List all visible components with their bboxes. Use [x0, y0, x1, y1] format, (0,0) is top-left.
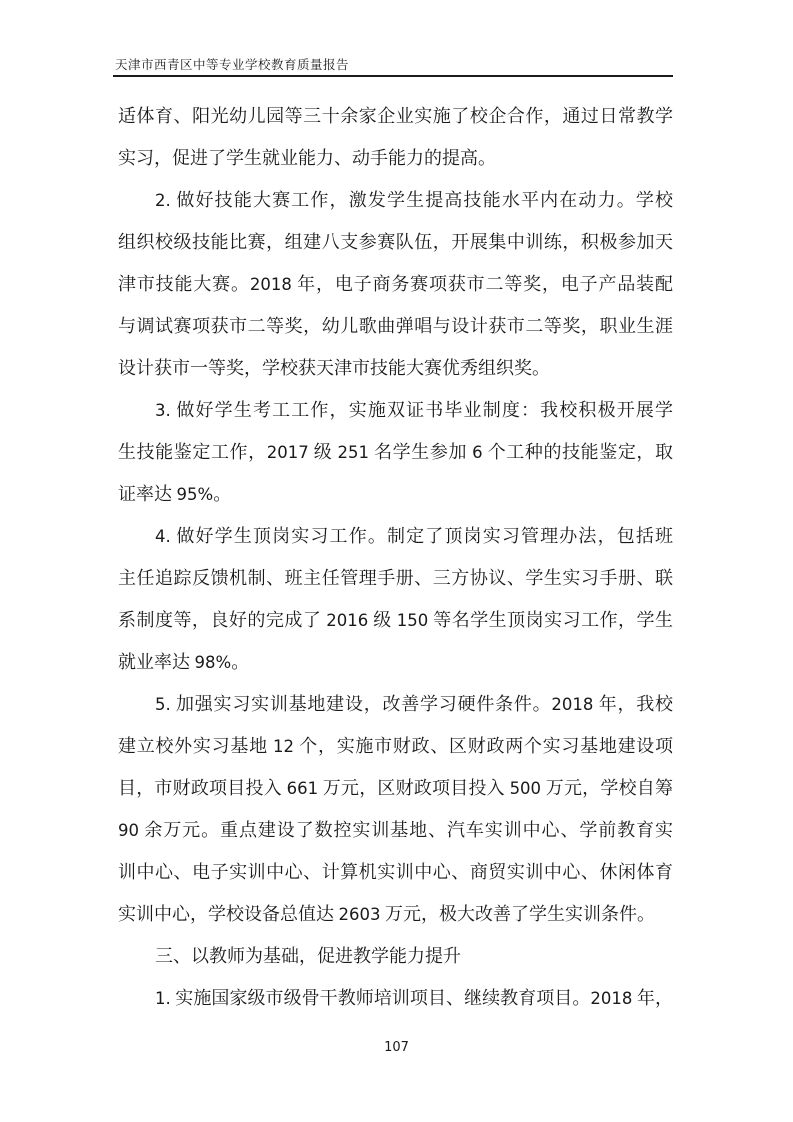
text-run: 主任追踪反馈机制、班主任管理手册、三方协议、学生实习手册、联: [118, 568, 673, 588]
text-run: 个工种的技能鉴定，取: [483, 442, 673, 462]
number-run: 4.: [155, 527, 171, 546]
number-run: 2018: [551, 695, 593, 714]
number-run: 2017: [267, 443, 309, 462]
text-line: 目，市财政项目投入 661 万元，区财政项目投入 500 万元，学校自筹: [118, 767, 673, 809]
text-run: 做好学生考工工作，实施双证书毕业制度：我校积极开展学: [171, 400, 673, 420]
number-run: 1.: [155, 989, 171, 1008]
text-line: 设计获市一等奖，学校获天津市技能大赛优秀组织奖。: [118, 347, 673, 389]
text-run: 年，: [632, 988, 673, 1008]
text-run: 。: [231, 652, 249, 672]
text-run: 生技能鉴定工作，: [118, 442, 267, 462]
text-run: 等名学生顶岗实习工作，学生: [428, 610, 673, 630]
text-run: 级: [309, 442, 338, 462]
text-run: 。: [213, 484, 231, 504]
text-run: 万元，极大改善了学生实训条件。: [381, 904, 656, 924]
text-run: 就业率达: [118, 652, 195, 672]
page-number: 107: [0, 1040, 793, 1055]
text-line: 就业率达 98%。: [118, 641, 673, 683]
number-run: 2.: [155, 191, 171, 210]
text-run: 年，电子商务赛项获市二等奖，电子产品装配: [292, 274, 673, 294]
text-line: 生技能鉴定工作，2017 级 251 名学生参加 6 个工种的技能鉴定，取: [118, 431, 673, 473]
number-run: 3.: [155, 401, 171, 420]
text-line: 主任追踪反馈机制、班主任管理手册、三方协议、学生实习手册、联: [118, 557, 673, 599]
section-heading: 三、以教师为基础，促进教学能力提升: [118, 935, 673, 977]
text-run: 加强实习实训基地建设，改善学习硬件条件。: [171, 694, 552, 714]
text-line: 与调试赛项获市二等奖，幼儿歌曲弹唱与设计获市二等奖，职业生涯: [118, 305, 673, 347]
number-run: 2018: [590, 989, 632, 1008]
text-line: 组织校级技能比赛，组建八支参赛队伍，开展集中训练，积极参加天: [118, 221, 673, 263]
text-run: 证率达: [118, 484, 177, 504]
text-line: 4. 做好学生顶岗实习工作。制定了顶岗实习管理办法，包括班: [118, 515, 673, 557]
number-run: 5.: [155, 695, 171, 714]
text-run: 余万元。重点建设了数控实训基地、汽车实训中心、学前教育实: [139, 820, 673, 840]
text-run: 万元，学校自筹: [541, 778, 673, 798]
number-run: 98%: [195, 653, 232, 672]
number-run: 95%: [177, 485, 214, 504]
text-run: 适体育、阳光幼儿园等三十余家企业实施了校企合作，通过日常教学: [118, 106, 673, 126]
text-line: 适体育、阳光幼儿园等三十余家企业实施了校企合作，通过日常教学: [118, 95, 673, 137]
text-line: 5. 加强实习实训基地建设，改善学习硬件条件。2018 年，我校: [118, 683, 673, 725]
text-run: 做好技能大赛工作，激发学生提高技能水平内在动力。学校: [171, 190, 673, 210]
text-run: 津市技能大赛。: [118, 274, 250, 294]
text-run: 实训中心，学校设备总值达: [118, 904, 339, 924]
text-run: 个，实施市财政、区财政两个实习基地建设项: [294, 736, 673, 756]
text-run: 实习，促进了学生就业能力、动手能力的提高。: [118, 148, 496, 168]
text-run: 设计获市一等奖，学校获天津市技能大赛优秀组织奖。: [118, 358, 550, 378]
number-run: 661: [287, 779, 319, 798]
text-run: 与调试赛项获市二等奖，幼儿歌曲弹唱与设计获市二等奖，职业生涯: [118, 316, 673, 336]
text-line: 津市技能大赛。2018 年，电子商务赛项获市二等奖，电子产品装配: [118, 263, 673, 305]
number-run: 12: [273, 737, 294, 756]
text-run: 三、以教师为基础，促进教学能力提升: [155, 946, 461, 966]
text-line: 系制度等，良好的完成了 2016 级 150 等名学生顶岗实习工作，学生: [118, 599, 673, 641]
text-run: 建立校外实习基地: [118, 736, 273, 756]
text-run: 名学生参加: [369, 442, 472, 462]
document-body: 适体育、阳光幼儿园等三十余家企业实施了校企合作，通过日常教学实习，促进了学生就业…: [118, 95, 673, 1019]
text-run: 实施国家级市级骨干教师培训项目、继续教育项目。: [171, 988, 591, 1008]
header-title: 天津市西青区中等专业学校教育质量报告: [115, 55, 349, 73]
text-line: 实训中心，学校设备总值达 2603 万元，极大改善了学生实训条件。: [118, 893, 673, 935]
text-run: 目，市财政项目投入: [118, 778, 287, 798]
text-line: 3. 做好学生考工工作，实施双证书毕业制度：我校积极开展学: [118, 389, 673, 431]
number-run: 90: [118, 821, 139, 840]
text-line: 建立校外实习基地 12 个，实施市财政、区财政两个实习基地建设项: [118, 725, 673, 767]
text-run: 做好学生顶岗实习工作。制定了顶岗实习管理办法，包括班: [171, 526, 673, 546]
text-run: 年，我校: [593, 694, 673, 714]
number-run: 6: [472, 443, 483, 462]
document-page: 天津市西青区中等专业学校教育质量报告 适体育、阳光幼儿园等三十余家企业实施了校企…: [0, 0, 793, 1122]
text-line: 训中心、电子实训中心、计算机实训中心、商贸实训中心、休闲体育: [118, 851, 673, 893]
number-run: 150: [397, 611, 429, 630]
text-run: 级: [368, 610, 396, 630]
number-run: 500: [510, 779, 542, 798]
header-rule: [113, 75, 673, 77]
text-run: 万元，区财政项目投入: [318, 778, 509, 798]
text-line: 实习，促进了学生就业能力、动手能力的提高。: [118, 137, 673, 179]
text-line: 1. 实施国家级市级骨干教师培训项目、继续教育项目。2018 年，: [118, 977, 673, 1019]
text-line: 2. 做好技能大赛工作，激发学生提高技能水平内在动力。学校: [118, 179, 673, 221]
text-line: 证率达 95%。: [118, 473, 673, 515]
text-run: 组织校级技能比赛，组建八支参赛队伍，开展集中训练，积极参加天: [118, 232, 673, 252]
number-run: 251: [338, 443, 370, 462]
number-run: 2016: [326, 611, 368, 630]
number-run: 2603: [339, 905, 381, 924]
text-run: 系制度等，良好的完成了: [118, 610, 326, 630]
text-run: 训中心、电子实训中心、计算机实训中心、商贸实训中心、休闲体育: [118, 862, 673, 882]
number-run: 2018: [250, 275, 292, 294]
text-line: 90 余万元。重点建设了数控实训基地、汽车实训中心、学前教育实: [118, 809, 673, 851]
